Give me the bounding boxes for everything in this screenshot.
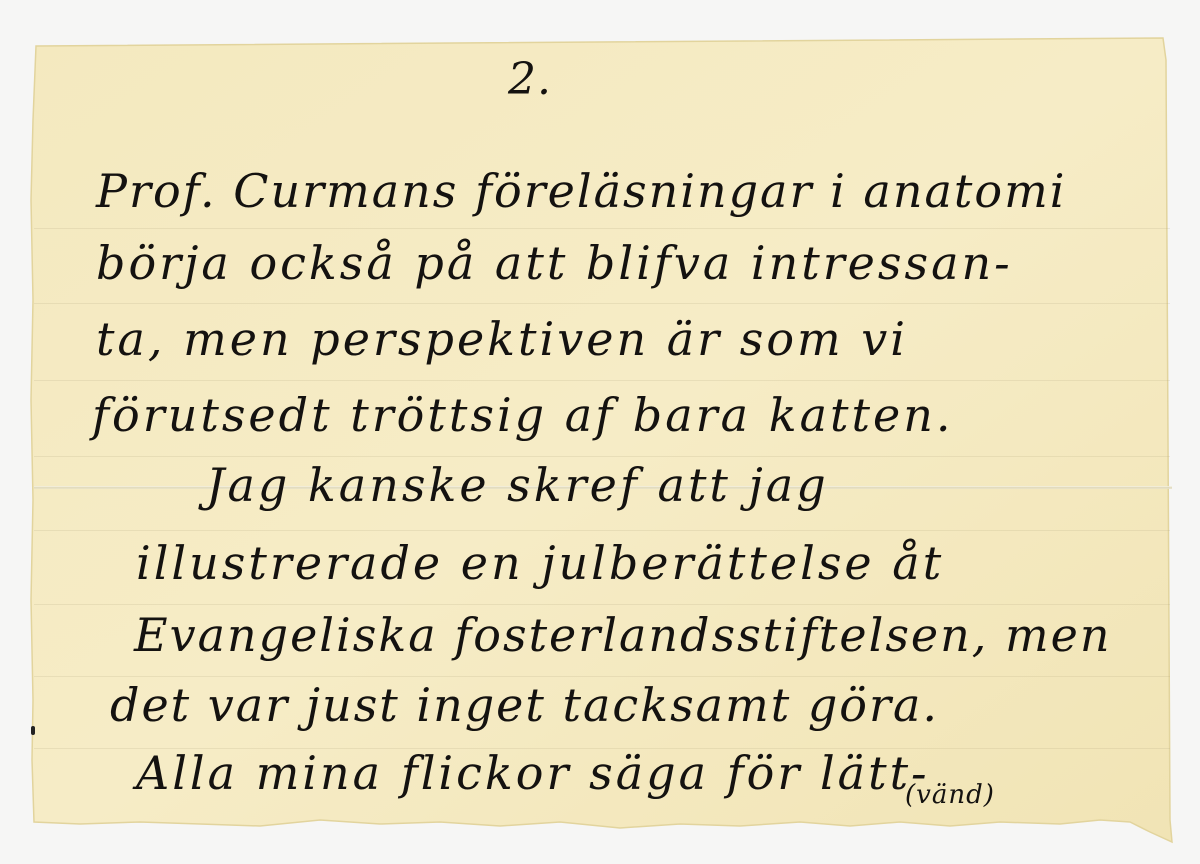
scanned-document: 2. Prof. Curmans föreläsningar i anatomi…	[0, 0, 1200, 864]
faint-ruling	[34, 228, 1170, 229]
handwritten-line-5: Jag kanske skref att jag	[206, 462, 829, 508]
page-number: 2.	[508, 58, 552, 102]
faint-ruling	[34, 604, 1170, 605]
handwritten-line-6: illustrerade en julberättelse åt	[136, 540, 944, 586]
faint-ruling	[34, 456, 1170, 457]
handwritten-line-3: ta, men perspektiven är som vi	[96, 316, 908, 362]
handwritten-line-9: Alla mina flickor säga för lätt-	[136, 750, 930, 796]
handwritten-line-8: det var just inget tacksamt göra.	[110, 682, 939, 728]
handwritten-line-2: börja också på att blifva intressan-	[96, 240, 1013, 286]
handwritten-line-7: Evangeliska fosterlandsstiftelsen, men	[134, 612, 1112, 658]
faint-ruling	[34, 676, 1170, 677]
handwritten-line-4: förutsedt tröttsig af bara katten.	[92, 392, 953, 438]
handwritten-line-1: Prof. Curmans föreläsningar i anatomi	[96, 168, 1066, 214]
faint-ruling	[34, 303, 1170, 304]
ink-spot	[31, 726, 35, 735]
turn-over-note: (vänd)	[905, 782, 995, 808]
faint-ruling	[34, 380, 1170, 381]
faint-ruling	[34, 530, 1170, 531]
